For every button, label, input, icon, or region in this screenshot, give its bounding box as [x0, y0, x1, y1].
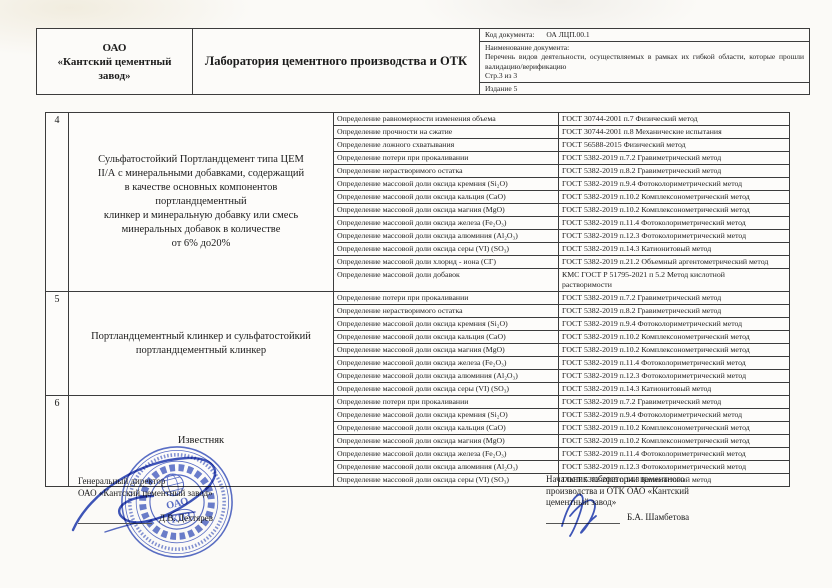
material-name: Портландцементный клинкер и сульфатостой…	[69, 292, 334, 395]
test-row: Определение нерастворимого остаткаГОСТ 5…	[334, 305, 789, 318]
test-name: Определение массовой доли оксида железа …	[334, 448, 559, 460]
method-name: ГОСТ 5382-2019 п.10.2 Комплексонометриче…	[559, 422, 789, 434]
test-name: Определение массовой доли оксида магния …	[334, 204, 559, 216]
test-row: Определение массовой доли хлорид - иона …	[334, 256, 789, 269]
test-name: Определение массовой доли оксида кальция…	[334, 331, 559, 343]
test-row: Определение массовой доли добавокКМС ГОС…	[334, 269, 789, 291]
test-row: Определение потери при прокаливанииГОСТ …	[334, 292, 789, 305]
test-row: Определение равномерности изменения объе…	[334, 113, 789, 126]
method-name: КМС ГОСТ Р 51795-2021 п 5.2 Метод кислот…	[559, 269, 789, 291]
test-name: Определение массовой доли оксида алюмини…	[334, 230, 559, 242]
test-row: Определение массовой доли оксида алюмини…	[334, 461, 789, 474]
lab-head-name: Б.А. Шамбетова	[627, 512, 689, 524]
test-name: Определение массовой доли оксида железа …	[334, 357, 559, 369]
row-number: 5	[46, 292, 69, 395]
method-name: ГОСТ 5382-2019 п.11.4 Фотоколориметричес…	[559, 448, 789, 460]
test-row: Определение ложного схватыванияГОСТ 5658…	[334, 139, 789, 152]
test-row: Определение массовой доли оксида кремния…	[334, 178, 789, 191]
test-name: Определение массовой доли оксида железа …	[334, 217, 559, 229]
method-name: ГОСТ 5382-2019 п.14.3 Катионитовый метод	[559, 383, 789, 395]
method-name: ГОСТ 5382-2019 п.8.2 Гравиметрический ме…	[559, 165, 789, 177]
test-name: Определение массовой доли оксида кремния…	[334, 318, 559, 330]
test-row: Определение нерастворимого остаткаГОСТ 5…	[334, 165, 789, 178]
test-name: Определение массовой доли оксида серы (V…	[334, 243, 559, 255]
doc-name-label: Наименование документа:	[485, 43, 804, 53]
lab-title: Лаборатория цементного производства и ОТ…	[193, 29, 480, 94]
test-row: Определение массовой доли оксида кальция…	[334, 422, 789, 435]
method-name: ГОСТ 5382-2019 п.8.2 Гравиметрический ме…	[559, 305, 789, 317]
method-name: ГОСТ 5382-2019 п.9.4 Фотоколориметрическ…	[559, 409, 789, 421]
method-name: ГОСТ 5382-2019 п.11.4 Фотоколориметричес…	[559, 357, 789, 369]
test-row: Определение массовой доли оксида железа …	[334, 357, 789, 370]
method-name: ГОСТ 30744-2001 п.8 Механические испытан…	[559, 126, 789, 138]
test-name: Определение массовой доли оксида серы (V…	[334, 383, 559, 395]
org-name: ОАО «Кантский цементный завод»	[37, 29, 193, 94]
method-name: ГОСТ 56588-2015 Физический метод	[559, 139, 789, 151]
method-name: ГОСТ 5382-2019 п.12.3 Фотоколориметричес…	[559, 370, 789, 382]
method-name: ГОСТ 5382-2019 п.12.3 Фотоколориметричес…	[559, 230, 789, 242]
test-name: Определение массовой доли добавок	[334, 269, 559, 291]
doc-code-row: Код документа: ОА ЛЦП.00.1	[480, 29, 809, 42]
test-row: Определение массовой доли оксида алюмини…	[334, 230, 789, 243]
test-row: Определение массовой доли оксида магния …	[334, 435, 789, 448]
test-name: Определение потери при прокаливании	[334, 292, 559, 304]
test-name: Определение равномерности изменения объе…	[334, 113, 559, 125]
test-row: Определение потери при прокаливанииГОСТ …	[334, 152, 789, 165]
material-name: Сульфатостойкий Портландцемент типа ЦЕМ …	[69, 113, 334, 291]
test-name: Определение массовой доли хлорид - иона …	[334, 256, 559, 268]
tests-group: Определение потери при прокаливанииГОСТ …	[334, 396, 789, 486]
test-name: Определение нерастворимого остатка	[334, 305, 559, 317]
test-row: Определение потери при прокаливанииГОСТ …	[334, 396, 789, 409]
doc-name-text: Перечень видов деятельности, осуществляе…	[485, 52, 804, 71]
test-row: Определение массовой доли оксида железа …	[334, 448, 789, 461]
doc-code-value: ОА ЛЦП.00.1	[546, 30, 589, 39]
test-name: Определение массовой доли оксида алюмини…	[334, 461, 559, 473]
doc-edition: Издание 5	[480, 83, 809, 95]
method-name: ГОСТ 5382-2019 п.7.2 Гравиметрический ме…	[559, 396, 789, 408]
test-name: Определение массовой доли оксида кремния…	[334, 178, 559, 190]
test-row: Определение массовой доли оксида железа …	[334, 217, 789, 230]
method-name: ГОСТ 5382-2019 п.7.2 Гравиметрический ме…	[559, 292, 789, 304]
method-name: ГОСТ 5382-2019 п.21.2 Объемный аргентоме…	[559, 256, 789, 268]
method-name: ГОСТ 5382-2019 п.9.4 Фотоколориметрическ…	[559, 318, 789, 330]
scanned-document-page: ОАО «Кантский цементный завод» Лаборатор…	[0, 0, 832, 588]
test-row: Определение массовой доли оксида серы (V…	[334, 243, 789, 256]
test-name: Определение массовой доли оксида кальция…	[334, 191, 559, 203]
validation-scope-table: 4Сульфатостойкий Портландцемент типа ЦЕМ…	[45, 112, 790, 487]
test-name: Определение ложного схватывания	[334, 139, 559, 151]
test-row: Определение массовой доли оксида кремния…	[334, 318, 789, 331]
method-name: ГОСТ 5382-2019 п.12.3 Фотоколориметричес…	[559, 461, 789, 473]
method-name: ГОСТ 5382-2019 п.11.4 Фотоколориметричес…	[559, 217, 789, 229]
test-row: Определение массовой доли оксида алюмини…	[334, 370, 789, 383]
doc-page-info: Стр.3 из 3	[485, 71, 804, 81]
document-header: ОАО «Кантский цементный завод» Лаборатор…	[36, 28, 810, 95]
test-name: Определение потери при прокаливании	[334, 152, 559, 164]
method-name: ГОСТ 5382-2019 п.10.2 Комплексонометриче…	[559, 204, 789, 216]
lab-head-autograph	[552, 486, 632, 541]
test-row: Определение массовой доли оксида кальция…	[334, 191, 789, 204]
doc-name-block: Наименование документа: Перечень видов д…	[480, 42, 809, 83]
method-name: ГОСТ 5382-2019 п.10.2 Комплексонометриче…	[559, 435, 789, 447]
test-name: Определение массовой доли оксида кальция…	[334, 422, 559, 434]
method-name: ГОСТ 30744-2001 п.7 Физический метод	[559, 113, 789, 125]
method-name: ГОСТ 5382-2019 п.10.2 Комплексонометриче…	[559, 331, 789, 343]
test-name: Определение прочности на сжатие	[334, 126, 559, 138]
tests-group: Определение потери при прокаливанииГОСТ …	[334, 292, 789, 395]
test-row: Определение массовой доли оксида кальция…	[334, 331, 789, 344]
method-name: ГОСТ 5382-2019 п.10.2 Комплексонометриче…	[559, 344, 789, 356]
test-name: Определение массовой доли оксида магния …	[334, 344, 559, 356]
test-name: Определение массовой доли оксида магния …	[334, 435, 559, 447]
table-row: 5Портландцементный клинкер и сульфатосто…	[46, 292, 789, 396]
method-name: ГОСТ 5382-2019 п.10.2 Комплексонометриче…	[559, 191, 789, 203]
test-row: Определение прочности на сжатиеГОСТ 3074…	[334, 126, 789, 139]
test-row: Определение массовой доли оксида кремния…	[334, 409, 789, 422]
test-row: Определение массовой доли оксида магния …	[334, 204, 789, 217]
director-autograph	[45, 452, 315, 567]
test-row: Определение массовой доли оксида магния …	[334, 344, 789, 357]
test-row: Определение массовой доли оксида серы (V…	[334, 383, 789, 395]
tests-group: Определение равномерности изменения объе…	[334, 113, 789, 291]
row-number: 4	[46, 113, 69, 291]
test-name: Определение нерастворимого остатка	[334, 165, 559, 177]
doc-code-label: Код документа:	[485, 30, 534, 39]
method-name: ГОСТ 5382-2019 п.9.4 Фотоколориметрическ…	[559, 178, 789, 190]
table-row: 4Сульфатостойкий Портландцемент типа ЦЕМ…	[46, 113, 789, 292]
test-name: Определение массовой доли оксида кремния…	[334, 409, 559, 421]
method-name: ГОСТ 5382-2019 п.7.2 Гравиметрический ме…	[559, 152, 789, 164]
method-name: ГОСТ 5382-2019 п.14.3 Катионитовый метод	[559, 243, 789, 255]
doc-info-box: Код документа: ОА ЛЦП.00.1 Наименование …	[480, 29, 809, 94]
test-name: Определение массовой доли оксида серы (V…	[334, 474, 559, 486]
test-name: Определение массовой доли оксида алюмини…	[334, 370, 559, 382]
test-name: Определение потери при прокаливании	[334, 396, 559, 408]
